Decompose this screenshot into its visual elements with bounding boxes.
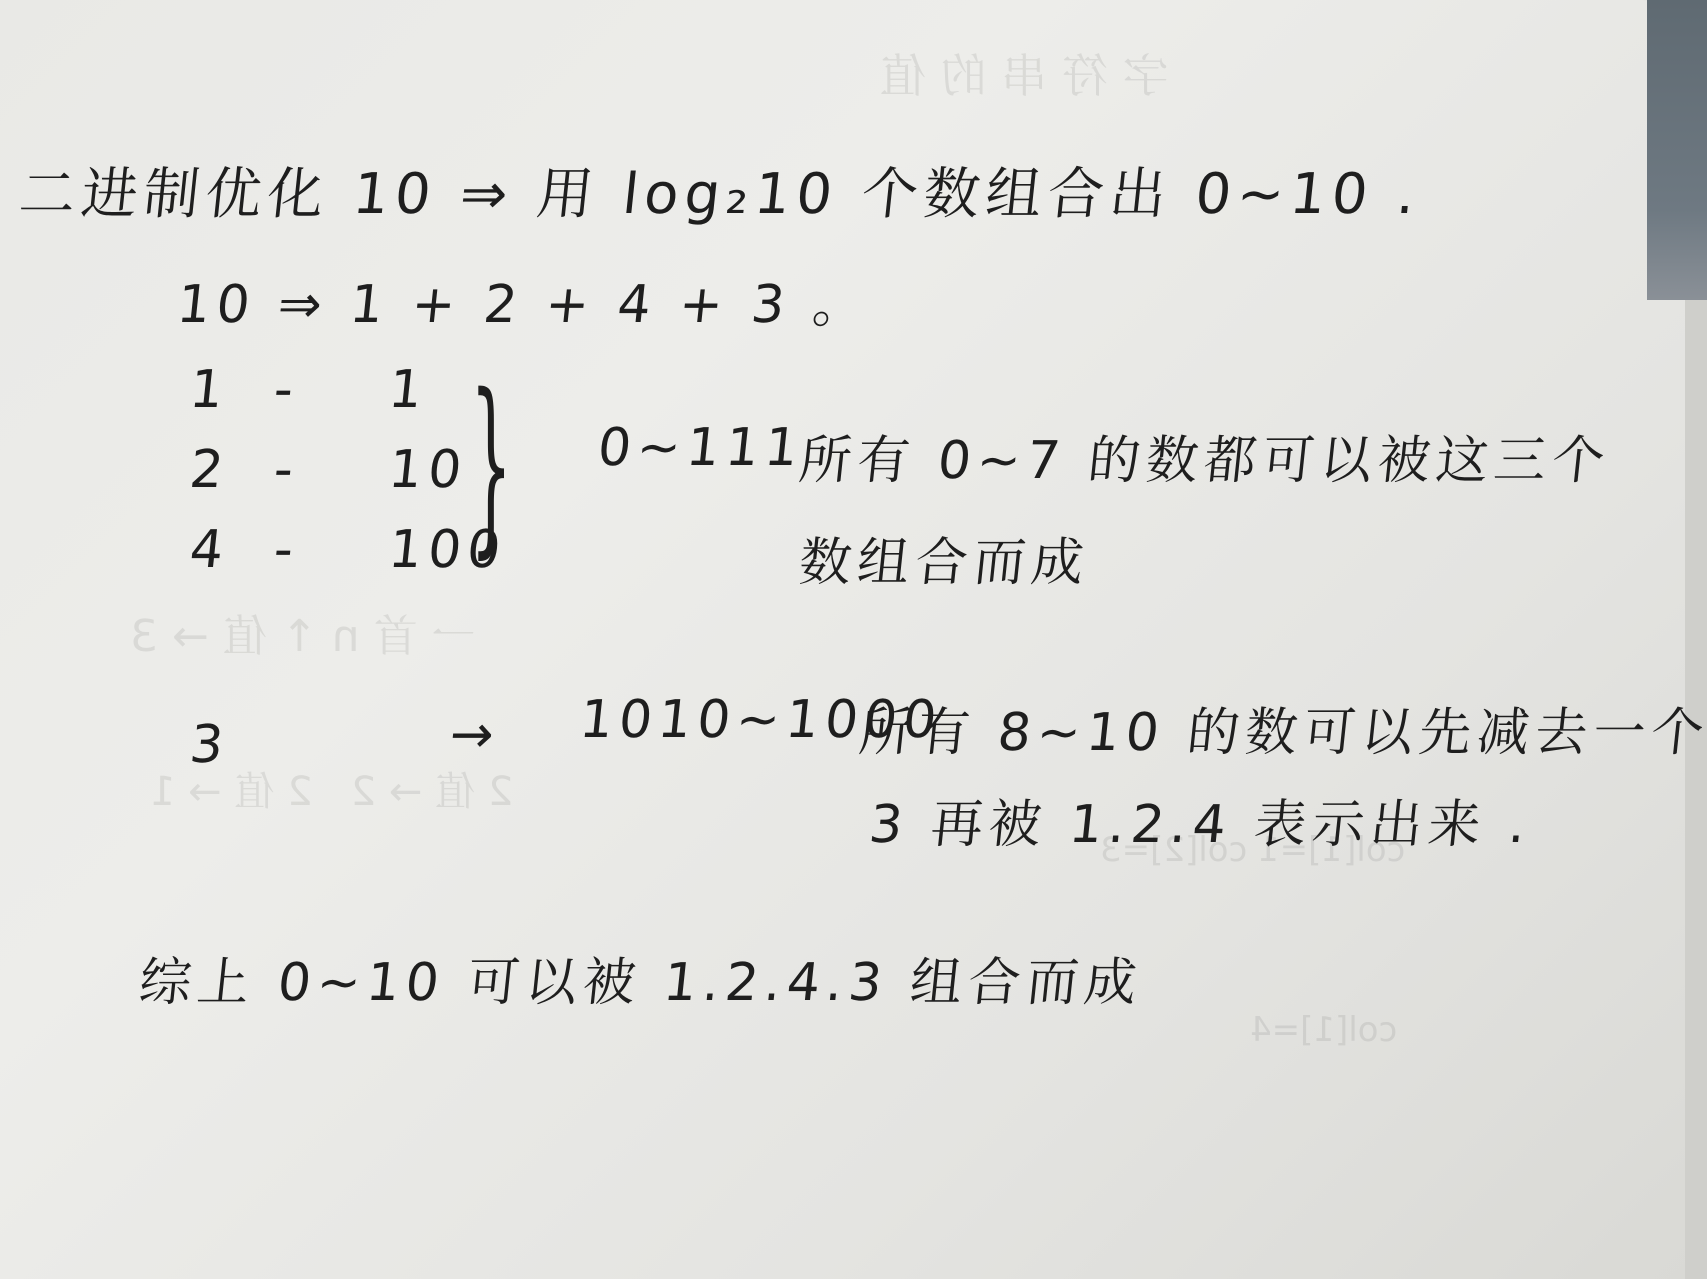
bleed-through-text: 一 首 n ↑ 值 → 3 (130, 600, 476, 664)
table-binary: 1 (386, 360, 431, 420)
table-num: 4 (187, 520, 232, 580)
remainder-explanation-line1: 所有 8~10 的数可以先减去一个 (856, 690, 1707, 765)
table-sep: - (271, 360, 302, 420)
range-label: 0~111 (595, 418, 807, 478)
table-row: 1 - 1 (187, 360, 431, 420)
group-explanation-line2: 数组合而成 (796, 520, 1094, 595)
table-binary: 10 (386, 440, 470, 500)
table-sep: - (271, 440, 302, 500)
decomposition-line: 10 ⇒ 1 + 2 + 4 + 3 。 (174, 262, 875, 337)
table-num: 1 (187, 360, 232, 420)
remainder-explanation-line2: 3 再被 1.2.4 表示出来 . (866, 782, 1536, 857)
page-edge-shadow (1685, 300, 1707, 1279)
conclusion-line: 综上 0~10 可以被 1.2.4.3 组合而成 (136, 940, 1147, 1015)
curly-brace: } (470, 370, 484, 560)
bleed-through-text: col[1]=4 (1250, 1010, 1397, 1050)
table-row: 4 - 100 (187, 520, 510, 580)
remainder-num: 3 (187, 715, 232, 775)
group-explanation-line1: 所有 0~7 的数都可以被这三个 (796, 418, 1615, 493)
bleed-through-text: 字 符 串 的 值 (880, 40, 1169, 106)
table-num: 2 (187, 440, 232, 500)
title-line: 二进制优化 10 ⇒ 用 log₂10 个数组合出 0~10 . (16, 150, 1426, 230)
desk-background-corner (1647, 0, 1707, 300)
table-sep: - (271, 520, 302, 580)
arrow-icon: → (447, 705, 503, 765)
table-row: 2 - 10 (187, 440, 471, 500)
